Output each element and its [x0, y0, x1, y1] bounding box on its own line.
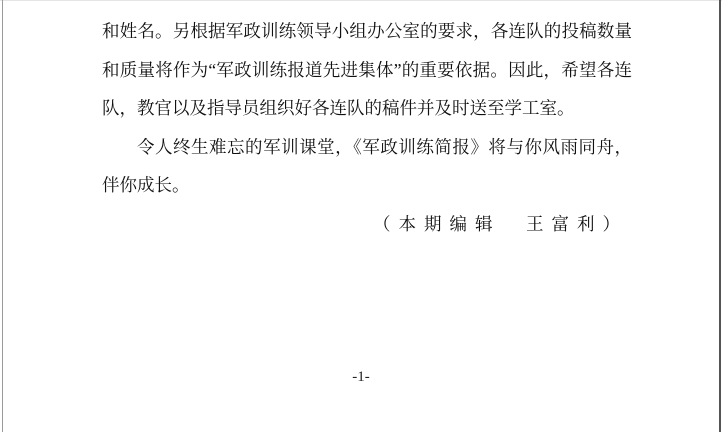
editor-credit: （本期编辑 王富利）: [102, 205, 632, 244]
page-edge-right: [719, 0, 721, 432]
document-body: 和姓名。另根据军政训练领导小组办公室的要求，各连队的投稿数量和质量将作为“军政训…: [102, 12, 632, 243]
paragraph-closing: 令人终生难忘的军训课堂，《军政训练简报》将与你风雨同舟，伴你成长。: [102, 128, 632, 205]
page-edge-left: [2, 0, 3, 432]
page-edge-top: [0, 0, 722, 1]
page-number: -1-: [0, 369, 722, 385]
paragraph-continuation: 和姓名。另根据军政训练领导小组办公室的要求，各连队的投稿数量和质量将作为“军政训…: [102, 12, 632, 128]
document-page: 和姓名。另根据军政训练领导小组办公室的要求，各连队的投稿数量和质量将作为“军政训…: [0, 0, 722, 432]
